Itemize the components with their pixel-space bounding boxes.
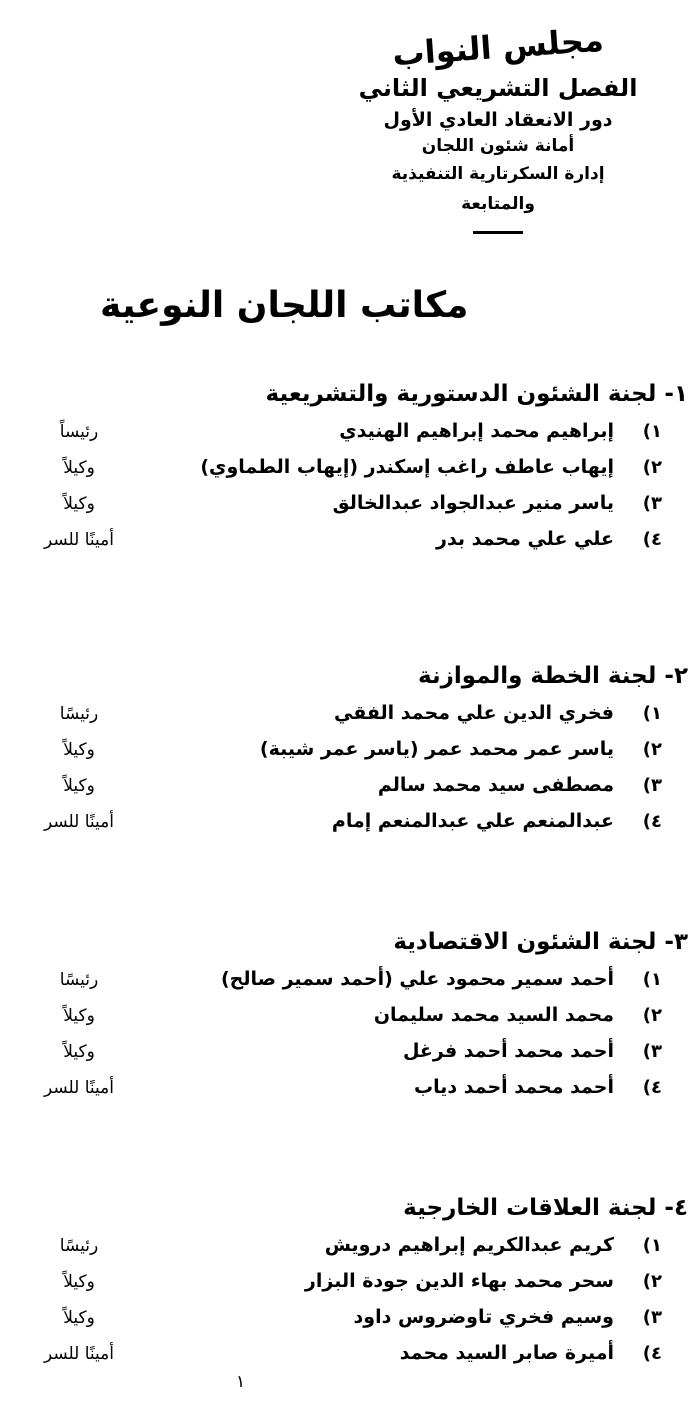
member-number: ٢) — [614, 1264, 662, 1299]
member-name: محمد السيد محمد سليمان — [158, 998, 614, 1033]
member-number: ٤) — [614, 1070, 662, 1105]
member-row: ١) إبراهيم محمد إبراهيم الهنيدي رئيساً — [0, 414, 700, 450]
member-number: ١) — [614, 962, 662, 997]
member-role: وكيلاً — [0, 451, 158, 486]
committee-heading: ٣- لجنة الشئون الاقتصادية — [0, 926, 688, 958]
member-number: ٤) — [614, 804, 662, 839]
member-row: ٤) عبدالمنعم علي عبدالمنعم إمام أمينًا ل… — [0, 804, 700, 840]
member-number: ١) — [614, 1228, 662, 1263]
member-name: إيهاب عاطف راغب إسكندر (إيهاب الطماوي) — [158, 450, 614, 485]
member-row: ٤) أحمد محمد أحمد دياب أمينًا للسر — [0, 1070, 700, 1106]
page-title: مكاتب اللجان النوعية — [0, 280, 700, 332]
committee-section-economic: ٣- لجنة الشئون الاقتصادية ١) أحمد سمير م… — [0, 926, 700, 1106]
member-row: ٢) سحر محمد بهاء الدين جودة البزار وكيلا… — [0, 1264, 700, 1300]
member-name: أحمد سمير محمود علي (أحمد سمير صالح) — [158, 962, 614, 997]
member-row: ٣) وسيم فخري تاوضروس داود وكيلاً — [0, 1300, 700, 1336]
member-role: أمينًا للسر — [0, 805, 158, 840]
member-name: إبراهيم محمد إبراهيم الهنيدي — [158, 414, 614, 449]
member-role: وكيلاً — [0, 1301, 158, 1336]
member-number: ٤) — [614, 1336, 662, 1371]
member-role: رئيسًا — [0, 1229, 158, 1264]
committee-section-constitutional: ١- لجنة الشئون الدستورية والتشريعية ١) إ… — [0, 378, 700, 558]
member-number: ٣) — [614, 486, 662, 521]
member-role: وكيلاً — [0, 1265, 158, 1300]
member-name: فخري الدين علي محمد الفقي — [158, 696, 614, 731]
letterhead-line-session: دور الانعقاد العادي الأول — [354, 106, 642, 134]
member-number: ٤) — [614, 522, 662, 557]
member-name: سحر محمد بهاء الدين جودة البزار — [158, 1264, 614, 1299]
member-row: ٢) محمد السيد محمد سليمان وكيلاً — [0, 998, 700, 1034]
member-role: رئيساً — [0, 415, 158, 450]
header-divider-rule — [473, 231, 523, 234]
member-role: رئيسًا — [0, 697, 158, 732]
member-name: عبدالمنعم علي عبدالمنعم إمام — [158, 804, 614, 839]
committee-heading: ١- لجنة الشئون الدستورية والتشريعية — [0, 378, 688, 410]
page-number: ١ — [236, 1372, 245, 1392]
member-role: وكيلاً — [0, 487, 158, 522]
member-name: ياسر منير عبدالجواد عبدالخالق — [158, 486, 614, 521]
member-row: ٤) علي علي محمد بدر أمينًا للسر — [0, 522, 700, 558]
member-name: ياسر عمر محمد عمر (ياسر عمر شيبة) — [158, 732, 614, 767]
member-role: أمينًا للسر — [0, 523, 158, 558]
member-name: أميرة صابر السيد محمد — [158, 1336, 614, 1371]
member-number: ٣) — [614, 1300, 662, 1335]
committee-section-plan-budget: ٢- لجنة الخطة والموازنة ١) فخري الدين عل… — [0, 660, 700, 840]
member-number: ٢) — [614, 998, 662, 1033]
document-page: مجلس النواب الفصل التشريعي الثاني دور ال… — [0, 0, 700, 1412]
member-name: وسيم فخري تاوضروس داود — [158, 1300, 614, 1335]
member-row: ١) كريم عبدالكريم إبراهيم درويش رئيسًا — [0, 1228, 700, 1264]
member-number: ١) — [614, 414, 662, 449]
member-name: علي علي محمد بدر — [158, 522, 614, 557]
letterhead-line-administration: إدارة السكرتارية التنفيذية والمتابعة — [354, 159, 642, 219]
committee-section-foreign-relations: ٤- لجنة العلاقات الخارجية ١) كريم عبدالك… — [0, 1192, 700, 1372]
member-number: ٣) — [614, 768, 662, 803]
member-row: ١) فخري الدين علي محمد الفقي رئيسًا — [0, 696, 700, 732]
member-row: ٣) ياسر منير عبدالجواد عبدالخالق وكيلاً — [0, 486, 700, 522]
member-row: ١) أحمد سمير محمود علي (أحمد سمير صالح) … — [0, 962, 700, 998]
member-name: مصطفى سيد محمد سالم — [158, 768, 614, 803]
member-name: أحمد محمد أحمد دياب — [158, 1070, 614, 1105]
member-role: أمينًا للسر — [0, 1337, 158, 1372]
member-row: ٣) مصطفى سيد محمد سالم وكيلاً — [0, 768, 700, 804]
member-number: ٢) — [614, 732, 662, 767]
member-row: ٢) إيهاب عاطف راغب إسكندر (إيهاب الطماوي… — [0, 450, 700, 486]
letterhead-line-secretariat: أمانة شئون اللجان — [354, 134, 642, 159]
committee-heading: ٢- لجنة الخطة والموازنة — [0, 660, 688, 692]
member-name: أحمد محمد أحمد فرغل — [158, 1034, 614, 1069]
member-number: ٣) — [614, 1034, 662, 1069]
member-role: وكيلاً — [0, 733, 158, 768]
member-role: وكيلاً — [0, 999, 158, 1034]
letterhead: مجلس النواب الفصل التشريعي الثاني دور ال… — [354, 24, 642, 234]
member-number: ١) — [614, 696, 662, 731]
member-number: ٢) — [614, 450, 662, 485]
member-role: وكيلاً — [0, 1035, 158, 1070]
committee-heading: ٤- لجنة العلاقات الخارجية — [0, 1192, 688, 1224]
member-row: ٤) أميرة صابر السيد محمد أمينًا للسر — [0, 1336, 700, 1372]
member-role: رئيسًا — [0, 963, 158, 998]
member-name: كريم عبدالكريم إبراهيم درويش — [158, 1228, 614, 1263]
member-role: أمينًا للسر — [0, 1071, 158, 1106]
member-role: وكيلاً — [0, 769, 158, 804]
member-row: ٢) ياسر عمر محمد عمر (ياسر عمر شيبة) وكي… — [0, 732, 700, 768]
member-row: ٣) أحمد محمد أحمد فرغل وكيلاً — [0, 1034, 700, 1070]
